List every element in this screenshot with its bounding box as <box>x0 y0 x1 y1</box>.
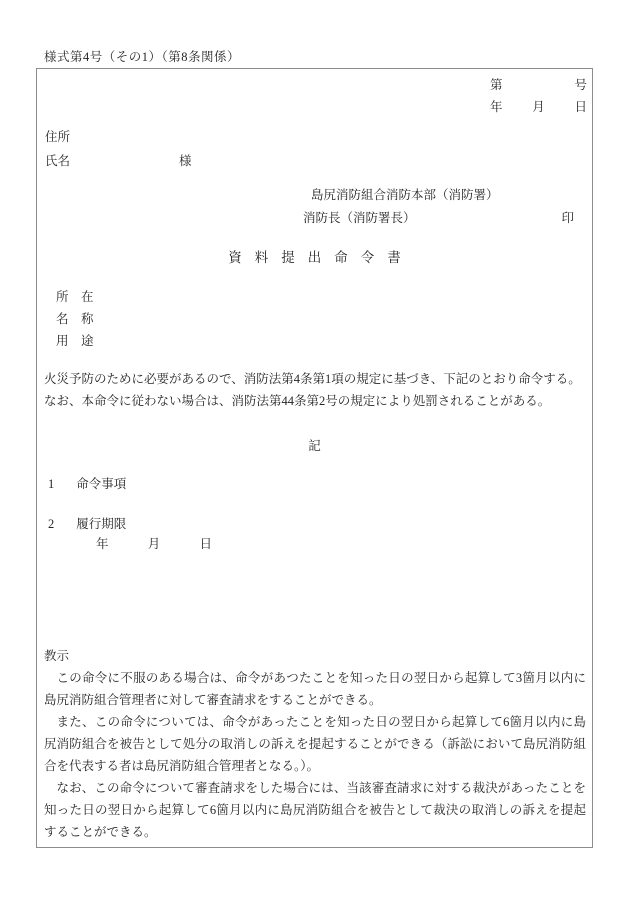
order-body-line2: なお、本命令に従わない場合は、消防法第44条第2号の規定により処罰されることがあ… <box>44 390 587 412</box>
instruction-heading: 教示 <box>44 645 586 667</box>
deadline-date-line: 年 月 日 <box>96 534 212 552</box>
order-body-line1: 火災予防のために必要があるので、消防法第4条第1項の規定に基づき、下記のとおり命… <box>44 368 587 390</box>
doc-number-prefix: 第 <box>490 75 503 93</box>
instruction-paragraph-1: この命令に不服のある場合は、命令があつたことを知った日の翌日から起算して3箇月以… <box>44 667 586 711</box>
item-1-label: 命令事項 <box>76 477 126 491</box>
form-style-label: 様式第4号（その1）（第8条関係） <box>44 47 240 65</box>
issuer-organization: 島尻消防組合消防本部（消防署） <box>311 185 499 203</box>
document-title: 資料提出命令書 <box>37 246 592 266</box>
order-item-1: 1命令事項 <box>48 474 126 492</box>
item-2-number: 2 <box>48 517 54 532</box>
appeal-instruction-section: 教示 この命令に不服のある場合は、命令があつたことを知った日の翌日から起算して3… <box>44 645 586 843</box>
issue-date-month: 月 <box>532 97 545 115</box>
deadline-year: 年 <box>96 534 109 552</box>
seal-mark: 印 <box>561 208 574 226</box>
issuer-position: 消防長（消防署長） <box>303 208 416 226</box>
recipient-name-line: 氏名 様 <box>45 151 192 169</box>
instruction-paragraph-3: なお、この命令について審査請求をした場合には、当該審査請求に対する裁決があったこ… <box>44 777 586 843</box>
order-body-text: 火災予防のために必要があるので、消防法第4条第1項の規定に基づき、下記のとおり命… <box>44 368 587 412</box>
doc-number-suffix: 号 <box>574 75 587 93</box>
issue-date-day: 日 <box>574 97 587 115</box>
order-item-2: 2履行期限 <box>48 514 126 532</box>
recipient-address-label: 住所 <box>45 127 70 145</box>
property-name-label: 名 称 <box>56 309 94 327</box>
document-frame: 第 号 年 月 日 住所 氏名 様 島尻消防組合消防本部（消防署） 消防長（消防… <box>36 68 593 848</box>
property-location-label: 所 在 <box>56 287 94 305</box>
deadline-day: 日 <box>199 534 212 552</box>
issue-date-year: 年 <box>490 97 503 115</box>
property-use-label: 用 途 <box>56 331 94 349</box>
record-heading: 記 <box>37 436 592 454</box>
recipient-name-label: 氏名 <box>45 151 70 169</box>
deadline-month: 月 <box>148 534 161 552</box>
document-number-line: 第 号 <box>490 75 587 93</box>
item-1-number: 1 <box>48 477 54 492</box>
document-page: 様式第4号（その1）（第8条関係） 第 号 年 月 日 住所 氏名 様 島尻消防… <box>0 0 630 903</box>
item-2-label: 履行期限 <box>76 517 126 531</box>
issuer-signature-line: 消防長（消防署長） 印 <box>303 208 574 226</box>
recipient-honorific: 様 <box>179 151 192 169</box>
issue-date-line: 年 月 日 <box>490 97 587 115</box>
instruction-paragraph-2: また、この命令については、命令があったことを知った日の翌日から起算して6箇月以内… <box>44 711 586 777</box>
